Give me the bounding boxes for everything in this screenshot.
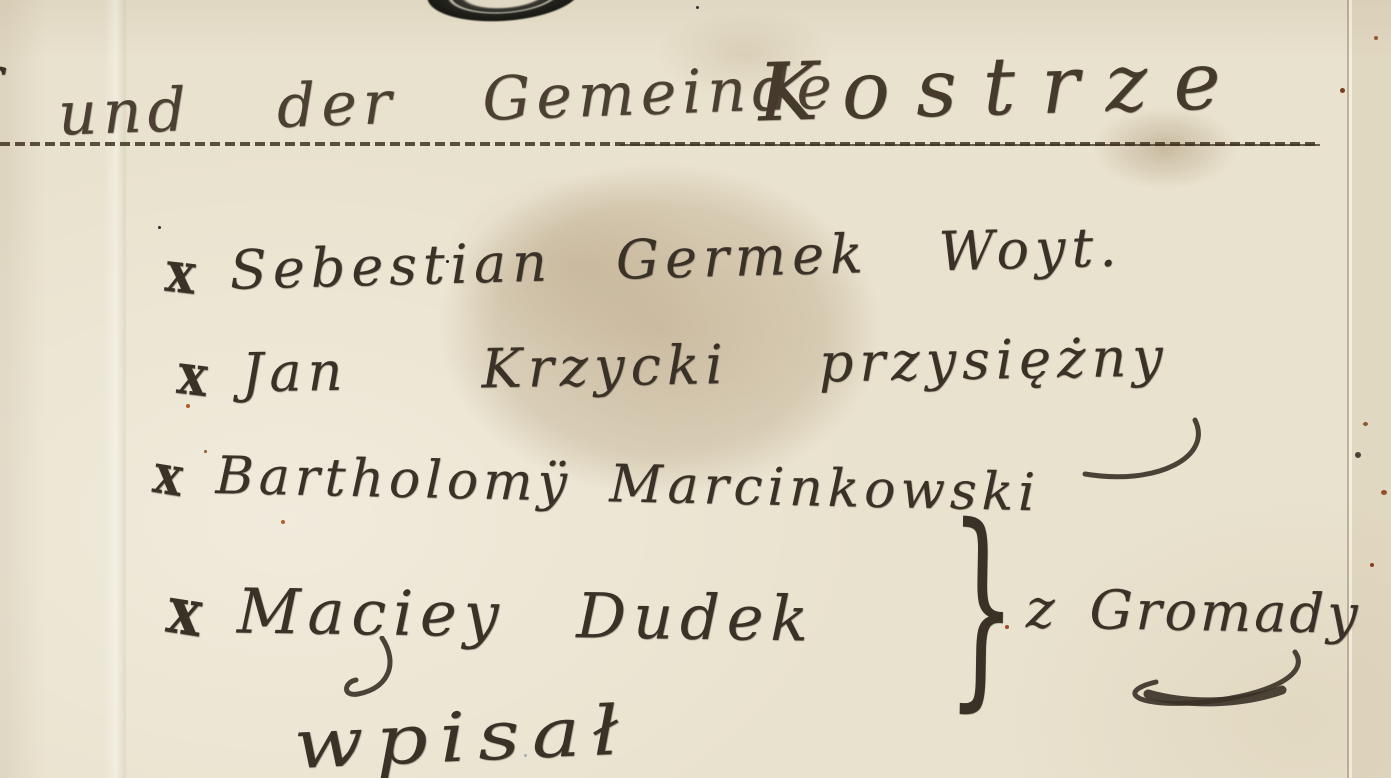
foxing-speck: [281, 520, 285, 524]
scanned-document-page: ſ und der Gemeinde Kostrze xSebestian Ge…: [0, 0, 1391, 778]
signature-x-mark: x: [149, 442, 192, 511]
foxing-speck: [1355, 452, 1361, 458]
signature-role: Woyt.: [938, 215, 1123, 283]
pen-flourish-tail: [1045, 412, 1210, 492]
group-annotation-label: z Gromady: [1025, 577, 1361, 646]
foxing-speck: [1005, 625, 1009, 629]
foxing-speck: [1381, 490, 1387, 495]
foxing-speck: [186, 404, 190, 408]
grouping-brace: }: [946, 496, 1018, 716]
signature-line: xMaciey Dudek: [168, 573, 816, 655]
footer-word: wpisał: [292, 691, 632, 778]
foxing-speck: [524, 754, 527, 757]
signature-name: Maciey Dudek: [237, 574, 816, 655]
signature-x-mark: x: [162, 571, 214, 653]
handwritten-underline: [620, 144, 1320, 146]
paper-fold-crease-right: [1347, 0, 1391, 778]
signature-name: Jan Krzycki: [241, 333, 729, 404]
foxing-speck: [696, 6, 699, 9]
foxing-speck: [204, 450, 207, 453]
foxing-speck: [446, 260, 449, 263]
foxing-speck: [1363, 422, 1368, 426]
foxing-speck: [1374, 36, 1378, 40]
foxing-speck: [1370, 563, 1374, 567]
pen-flourish-underline: [1090, 646, 1315, 720]
signature-x-mark: x: [162, 237, 205, 308]
signature-x-mark: x: [174, 339, 218, 411]
heading-place-name: Kostrze: [757, 34, 1248, 140]
signature-role: przysiężny: [818, 325, 1169, 394]
foxing-speck: [158, 226, 161, 229]
pen-flourish-hook: [340, 636, 410, 706]
foxing-speck: [1340, 88, 1345, 93]
